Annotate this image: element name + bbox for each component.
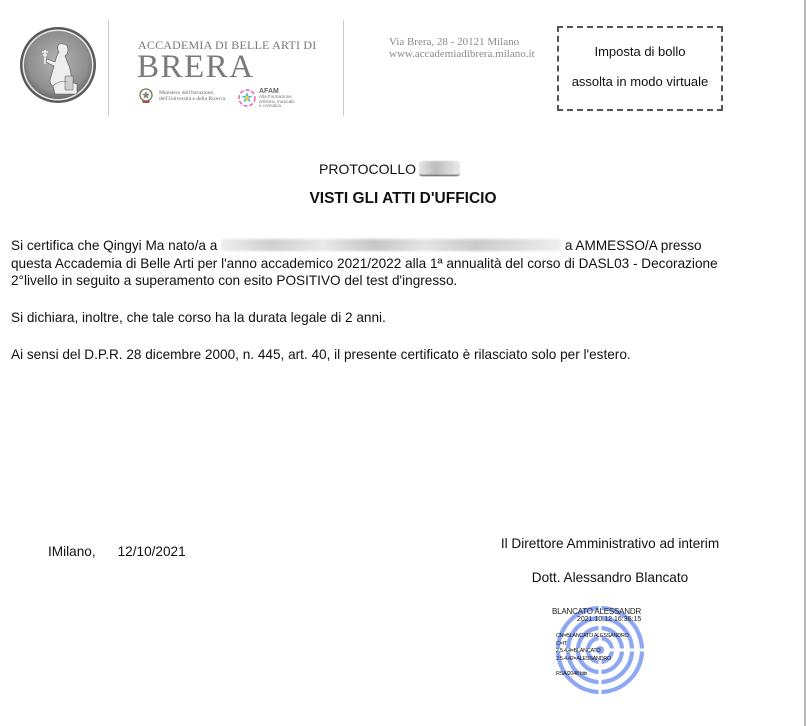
certification-paragraph: Si certifica che Qingyi Ma nato/a a a AM… <box>11 237 718 290</box>
ministry-logo: Ministero dell'Istruzione, dell'Universi… <box>139 88 225 104</box>
signature-certificate-details: CN=BLANCATO ALESSANDRO C=IT 2.5.4.4=BLAN… <box>556 633 629 663</box>
institution-name: BRERA <box>137 49 255 86</box>
duration-paragraph: Si dichiara, inoltre, che tale corso ha … <box>11 309 386 327</box>
redacted-protocol-value <box>419 161 460 176</box>
protocol-label: PROTOCOLLO <box>319 161 416 177</box>
legal-notice-paragraph: Ai sensi del D.P.R. 28 dicembre 2000, n.… <box>11 346 631 364</box>
header-divider <box>108 20 109 116</box>
digital-signature-stamp: BLANCATO ALESSANDR 2021.10.12 16:36:15 C… <box>552 604 648 696</box>
letterhead: ACCADEMIA DI BELLE ARTI DI BRERA Ministe… <box>0 0 806 130</box>
address-line: Via Brera, 28 - 20121 Milano <box>389 36 535 48</box>
certification-line: Si certifica che Qingyi Ma nato/a a a AM… <box>11 237 718 255</box>
signer-role: Il Direttore Amministrativo ad interim <box>497 536 723 551</box>
place: IMilano, <box>48 544 96 559</box>
document-title: VISTI GLI ATTI D'UFFICIO <box>0 190 806 208</box>
signature-name: BLANCATO ALESSANDR <box>552 607 646 616</box>
signer-name: Dott. Alessandro Blancato <box>497 570 723 585</box>
afam-logo: AFAM Alta Formazione artistica, musicale… <box>238 88 295 109</box>
institution-address: Via Brera, 28 - 20121 Milano www.accadem… <box>389 36 535 60</box>
seated-figure-medallion-icon <box>19 26 97 104</box>
certification-line: 2°livello in seguito a superamento con e… <box>11 272 718 290</box>
header-divider <box>343 20 344 116</box>
signature-key-info: RSA/2048 bits <box>556 671 587 677</box>
certification-line: questa Accademia di Belle Arti per l'ann… <box>11 255 718 273</box>
place-date: IMilano,12/10/2021 <box>48 544 186 559</box>
afam-star-logo-icon <box>238 89 256 107</box>
tax-stamp-box: Imposta di bollo assolta in modo virtual… <box>557 26 723 111</box>
website-link: www.accademiadibrera.milano.it <box>389 48 535 60</box>
italian-republic-emblem-icon <box>139 88 153 104</box>
redacted-birth-info <box>221 239 561 251</box>
afam-subtitle: Alta Formazione artistica, musicale e co… <box>259 95 295 109</box>
ministry-text: Ministero dell'Istruzione, dell'Universi… <box>159 90 225 103</box>
protocol-number: PROTOCOLLO <box>319 161 460 177</box>
stamp-text-line1: Imposta di bollo <box>559 44 721 59</box>
issue-date: 12/10/2021 <box>118 544 186 559</box>
signature-timestamp: 2021.10.12 16:36:15 <box>577 616 641 623</box>
stamp-text-line2: assolta in modo virtuale <box>559 74 721 89</box>
